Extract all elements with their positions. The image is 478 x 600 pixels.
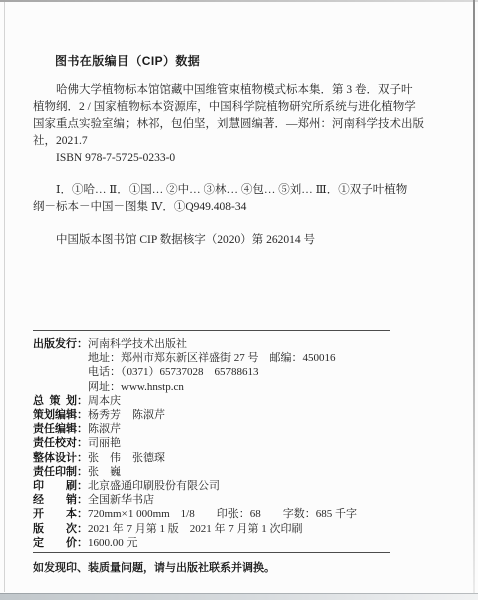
- colophon-row: 定价：1600.00 元: [33, 536, 357, 550]
- colophon-label: 版次: [33, 522, 77, 536]
- colophon-subrow: 地址：郑州市郑东新区祥盛街 27 号 邮编：450016: [33, 351, 357, 365]
- colophon-block: 出版发行：河南科学技术出版社 地址：郑州市郑东新区祥盛街 27 号 邮编：450…: [33, 337, 357, 550]
- cip-description-line: 植物纲．2 / 国家植物标本资源库，中国科学院植物研究所系统与进化植物学: [33, 99, 424, 116]
- colophon-colon: ：: [77, 437, 88, 449]
- colophon-colon: ：: [77, 423, 88, 435]
- photo-top-edge: [0, 0, 478, 2]
- colophon-colon: ：: [77, 395, 88, 407]
- colophon-label: 责任校对: [33, 436, 77, 450]
- colophon-value: 河南科学技术出版社: [88, 338, 187, 350]
- colophon-value: 电话：（0371）65737028 65788613: [88, 366, 259, 378]
- colophon-value: 全国新华书店: [88, 494, 154, 506]
- isbn-line: ISBN 978-7-5725-0233-0: [56, 150, 175, 167]
- photo-left-edge: [4, 2, 5, 592]
- colophon-label: 经销: [33, 493, 77, 507]
- colophon-label: 印刷: [33, 479, 77, 493]
- colophon-value: 北京盛通印刷股份有限公司: [88, 480, 220, 492]
- colophon-colon: ：: [77, 537, 88, 549]
- colophon-row: 责任印制：张 巍: [33, 465, 357, 479]
- colophon-colon: ：: [77, 452, 88, 464]
- photo-bottom-edge: [0, 593, 478, 600]
- colophon-value: 2021 年 7 月第 1 版 2021 年 7 月第 1 次印刷: [88, 523, 303, 535]
- colophon-row: 印刷：北京盛通印刷股份有限公司: [33, 479, 357, 493]
- colophon-colon: ：: [77, 338, 88, 350]
- book-copyright-page: 图书在版编目（CIP）数据 哈佛大学植物标本馆馆藏中国维管束植物模式标本集．第 …: [0, 0, 478, 600]
- colophon-value: 地址：郑州市郑东新区祥盛街 27 号 邮编：450016: [88, 352, 336, 364]
- cip-description-line: 社，2021.7: [33, 133, 424, 150]
- colophon-value: 张 巍: [88, 466, 121, 478]
- colophon-row: 版次：2021 年 7 月第 1 版 2021 年 7 月第 1 次印刷: [33, 522, 357, 536]
- colophon-value: 1600.00 元: [88, 537, 138, 549]
- colophon-label: 出版发行: [33, 337, 77, 351]
- colophon-row: 整体设计：张 伟 张德琛: [33, 451, 357, 465]
- cip-description-line: 哈佛大学植物标本馆馆藏中国维管束植物模式标本集．第 3 卷．双子叶: [33, 82, 424, 99]
- colophon-label: 开本: [33, 507, 77, 521]
- colophon-colon: ：: [77, 494, 88, 506]
- colophon-value: 杨秀芳 陈淑芹: [88, 409, 165, 421]
- cip-heading: 图书在版编目（CIP）数据: [33, 52, 200, 69]
- cip-classification-line: Ⅰ．①哈… Ⅱ．①国… ②中… ③林… ④包… ⑤刘… Ⅲ．①双子叶植物: [33, 182, 407, 199]
- colophon-value: 周本庆: [88, 395, 121, 407]
- colophon-colon: ：: [77, 466, 88, 478]
- colophon-label: 策划编辑: [33, 408, 77, 422]
- cip-classification: Ⅰ．①哈… Ⅱ．①国… ②中… ③林… ④包… ⑤刘… Ⅲ．①双子叶植物 纲－标…: [33, 182, 407, 216]
- colophon-value: 网址：www.hnstp.cn: [88, 381, 184, 393]
- colophon-value: 张 伟 张德琛: [88, 452, 165, 464]
- colophon-row: 责任编辑：陈淑芹: [33, 422, 357, 436]
- colophon-subrow: 网址：www.hnstp.cn: [33, 380, 357, 394]
- cip-record-number: 中国版本图书馆 CIP 数据核字（2020）第 262014 号: [56, 232, 315, 249]
- colophon-row: 总策划：周本庆: [33, 394, 357, 408]
- colophon-colon: ：: [77, 480, 88, 492]
- colophon-label: 责任编辑: [33, 422, 77, 436]
- colophon-row: 责任校对：司丽艳: [33, 436, 357, 450]
- colophon-colon: ：: [77, 508, 88, 520]
- cip-description: 哈佛大学植物标本馆馆藏中国维管束植物模式标本集．第 3 卷．双子叶 植物纲．2 …: [33, 82, 424, 150]
- cip-classification-line: 纲－标本－中国－图集 Ⅳ．①Q949.408-34: [33, 199, 407, 216]
- colophon-row: 出版发行：河南科学技术出版社: [33, 337, 357, 351]
- colophon-subrow: 电话：（0371）65737028 65788613: [33, 365, 357, 379]
- colophon-row: 经销：全国新华书店: [33, 493, 357, 507]
- colophon-colon: ：: [77, 409, 88, 421]
- colophon-colon: ：: [77, 523, 88, 535]
- colophon-value: 陈淑芹: [88, 423, 121, 435]
- photo-right-edge: [473, 0, 475, 600]
- colophon-label: 整体设计: [33, 451, 77, 465]
- colophon-value: 司丽艳: [88, 437, 121, 449]
- cip-description-line: 国家重点实验室编；林祁，包伯坚，刘慧圆编著．—郑州：河南科学技术出版: [33, 116, 424, 133]
- colophon-label: 责任印制: [33, 465, 77, 479]
- colophon-label: 定价: [33, 536, 77, 550]
- quality-notice: 如发现印、装质量问题，请与出版社联系并调换。: [33, 559, 275, 575]
- colophon-label: 总策划: [33, 394, 77, 408]
- colophon-value: 720mm×1 000mm 1/8 印张：68 字数：685 千字: [88, 508, 357, 520]
- divider-bottom: [33, 552, 390, 553]
- colophon-row: 策划编辑：杨秀芳 陈淑芹: [33, 408, 357, 422]
- colophon-row: 开本：720mm×1 000mm 1/8 印张：68 字数：685 千字: [33, 507, 357, 521]
- divider-top: [33, 330, 390, 331]
